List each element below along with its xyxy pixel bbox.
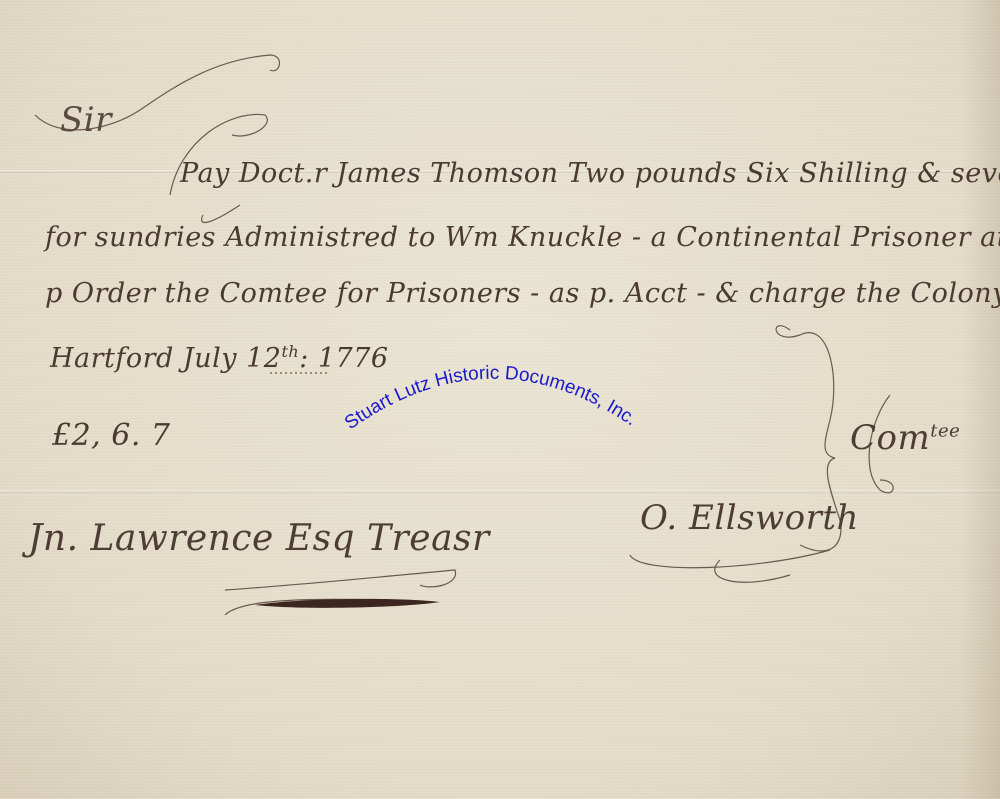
amount: £2, 6. 7 bbox=[52, 418, 171, 453]
paper-edge-stain bbox=[960, 0, 1000, 799]
signer-signature: O. Ellsworth bbox=[640, 498, 859, 538]
watermark-textpath: Stuart Lutz Historic Documents, Inc. bbox=[341, 363, 641, 434]
document-page: Sir Pay Doct.r James Thomson Two pounds … bbox=[0, 0, 1000, 799]
committee-text: Com bbox=[850, 418, 930, 458]
committee-label: Comtee bbox=[850, 418, 960, 458]
body-line-2: for sundries Administred to Wm Knuckle -… bbox=[45, 222, 1000, 253]
body-line-3: p Order the Comtee for Prisoners - as p.… bbox=[45, 278, 1000, 309]
committee-sup: tee bbox=[930, 421, 960, 442]
watermark: Stuart Lutz Historic Documents, Inc. bbox=[340, 350, 640, 440]
body-line-1: Pay Doct.r James Thomson Two pounds Six … bbox=[180, 158, 1000, 189]
paper-fold-line bbox=[0, 490, 1000, 493]
date-ordinal: th bbox=[281, 342, 299, 361]
date-line: Hartford July 12th: 1776 bbox=[50, 342, 389, 374]
addressee-signature: Jn. Lawrence Esq Treasr bbox=[28, 518, 490, 559]
watermark-text: Stuart Lutz Historic Documents, Inc. bbox=[341, 363, 641, 434]
date-prefix: Hartford July 12 bbox=[50, 343, 281, 374]
salutation: Sir bbox=[60, 100, 112, 140]
